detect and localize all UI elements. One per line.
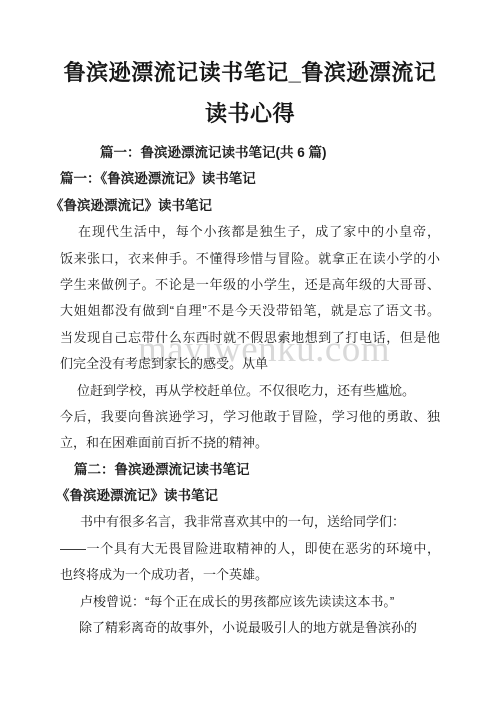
text-line: 当发现自己忘带什么东西时就不假思索地想到了打电话，但是他 [60,325,440,351]
text-line: 《鲁滨逊漂流记》读书笔记 [50,193,440,219]
text-line: 《鲁滨逊漂流记》读书笔记 [56,483,440,509]
text-line: 在现代生活中，每个小孩都是独生子，成了家中的小皇帝， [78,219,440,245]
text-line: 篇一：《鲁滨逊漂流记》读书笔记 [60,166,440,192]
document-page: mayiwenku.com 鲁滨逊漂流记读书笔记_鲁滨逊漂流记 读书心得 篇一：… [0,0,500,708]
text-line: 学生来做例子。不论是一年级的小学生，还是高年级的大哥哥、 [60,272,440,298]
text-line: 篇一：鲁滨逊漂流记读书笔记(共 6 篇) [100,140,440,166]
text-line: ——一个具有大无畏冒险进取精神的人，即使在恶劣的环境中， [60,536,440,562]
text-line: 篇二：鲁滨逊漂流记读书笔记 [74,457,440,483]
text-line: 饭来张口，衣来伸手。不懂得珍惜与冒险。就拿正在读小学的小 [60,246,440,272]
text-line: 除了精彩离奇的故事外，小说最吸引人的地方就是鲁滨孙的 [79,615,440,641]
text-line: 卢梭曾说：“每个正在成长的男孩都应该先读读这本书。” [80,589,440,615]
text-line: 书中有很多名言，我非常喜欢其中的一句，送给同学们： [80,509,440,535]
text-line: 今后，我要向鲁滨逊学习，学习他敢于冒险，学习他的勇敢、独 [60,404,440,430]
text-line: 也终将成为一个成功者，一个英雄。 [60,562,440,588]
document-body: 篇一：鲁滨逊漂流记读书笔记(共 6 篇)篇一：《鲁滨逊漂流记》读书笔记《鲁滨逊漂… [0,140,500,641]
text-line: 位赶到学校，再从学校赶单位。不仅很吃力，还有些尴尬。 [77,378,440,404]
text-line: 们完全没有考虑到家长的感受。从单 [60,351,440,377]
title-line-2: 读书心得 [0,93,500,134]
title-line-1: 鲁滨逊漂流记读书笔记_鲁滨逊漂流记 [0,52,500,93]
text-line: 立，和在困难面前百折不挠的精神。 [60,430,440,456]
document-title: 鲁滨逊漂流记读书笔记_鲁滨逊漂流记 读书心得 [0,52,500,134]
text-line: 大姐姐都没有做到“自理”不是今天没带铅笔，就是忘了语文书。 [60,298,440,324]
